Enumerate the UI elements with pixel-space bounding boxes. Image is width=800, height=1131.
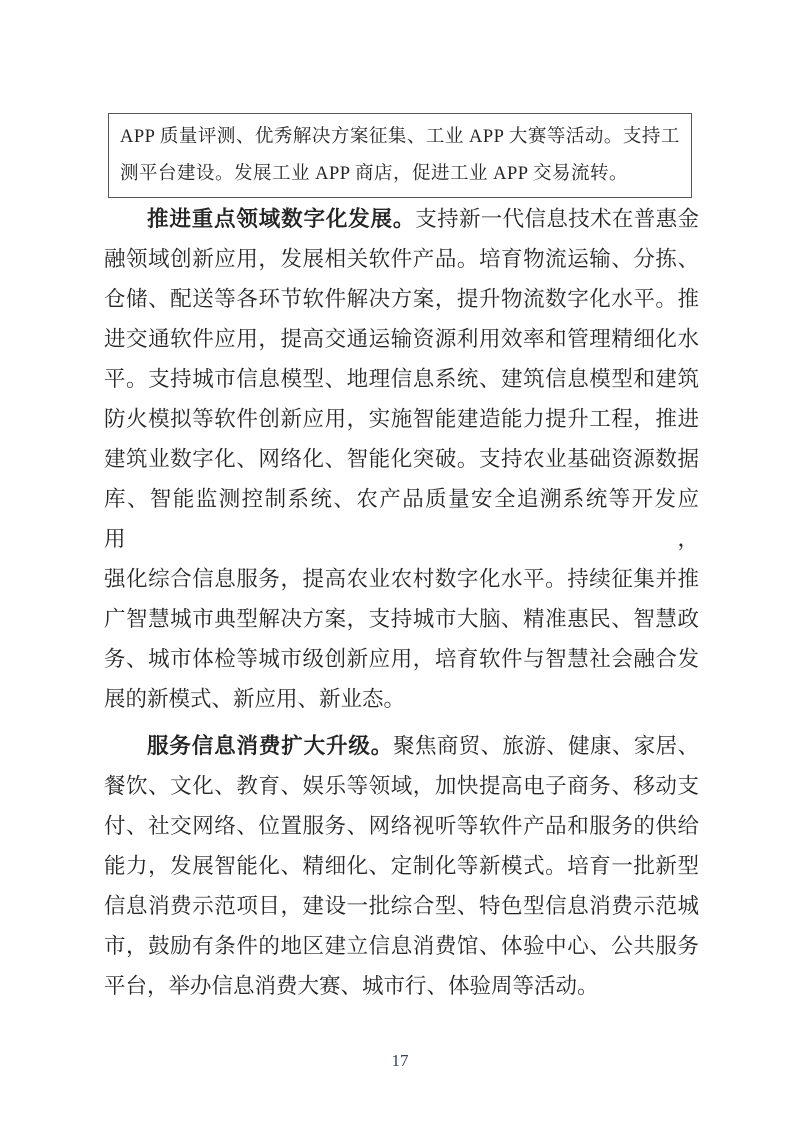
paragraph-line: 广智慧城市典型解决方案，支持城市大脑、精准惠民、智慧政: [104, 599, 699, 639]
paragraph-line: 仓储、配送等各环节软件解决方案，提升物流数字化水平。推: [104, 279, 699, 319]
paragraph-text: 聚焦商贸、旅游、健康、家居、: [393, 734, 699, 758]
paragraph-line: 进交通软件应用，提高交通运输资源利用效率和管理精细化水: [104, 319, 699, 359]
paragraph-lead-bold: 推进重点领域数字化发展。: [147, 207, 415, 231]
page-number: 17: [0, 1049, 800, 1073]
callout-line: 测平台建设。发展工业 APP 商店，促进工业 APP 交易流转。: [120, 156, 680, 193]
paragraph-line: 平。支持城市信息模型、地理信息系统、建筑信息模型和建筑: [104, 359, 699, 399]
paragraph-lead-bold: 服务信息消费扩大升级。: [147, 734, 393, 758]
paragraph-line: 能力，发展智能化、精细化、定制化等新模式。培育一批新型: [104, 846, 699, 886]
paragraph-first-line: 推进重点领域数字化发展。支持新一代信息技术在普惠金: [104, 199, 699, 239]
paragraph-last-line: 平台，举办信息消费大赛、城市行、体验周等活动。: [104, 966, 699, 1006]
callout-box: APP 质量评测、优秀解决方案征集、工业 APP 大赛等活动。支持工业 APP …: [108, 113, 692, 198]
paragraph-last-line: 展的新模式、新应用、新业态。: [104, 679, 699, 719]
document-page: APP 质量评测、优秀解决方案征集、工业 APP 大赛等活动。支持工业 APP …: [0, 0, 800, 1131]
callout-line: APP 质量评测、优秀解决方案征集、工业 APP 大赛等活动。支持工业 APP …: [120, 119, 680, 156]
paragraph-key-sector-digitalization: 推进重点领域数字化发展。支持新一代信息技术在普惠金 融领域创新应用，发展相关软件…: [104, 199, 699, 719]
paragraph-line: 强化综合信息服务，提高农业农村数字化水平。持续征集并推: [104, 559, 699, 599]
paragraph-line: 融领域创新应用，发展相关软件产品。培育物流运输、分拣、: [104, 239, 699, 279]
paragraph-line: 防火模拟等软件创新应用，实施智能建造能力提升工程，推进: [104, 399, 699, 439]
paragraph-line: 市，鼓励有条件的地区建立信息消费馆、体验中心、公共服务: [104, 926, 699, 966]
paragraph-line: 库、智能监测控制系统、农产品质量安全追溯系统等开发应用，: [104, 479, 699, 559]
paragraph-line: 务、城市体检等城市级创新应用，培育软件与智慧社会融合发: [104, 639, 699, 679]
paragraph-information-consumption: 服务信息消费扩大升级。聚焦商贸、旅游、健康、家居、 餐饮、文化、教育、娱乐等领域…: [104, 726, 699, 1006]
paragraph-first-line: 服务信息消费扩大升级。聚焦商贸、旅游、健康、家居、: [104, 726, 699, 766]
paragraph-line: 建筑业数字化、网络化、智能化突破。支持农业基础资源数据: [104, 439, 699, 479]
paragraph-text: 支持新一代信息技术在普惠金: [415, 207, 699, 231]
body-text: 推进重点领域数字化发展。支持新一代信息技术在普惠金 融领域创新应用，发展相关软件…: [104, 199, 699, 1006]
paragraph-line: 付、社交网络、位置服务、网络视听等软件产品和服务的供给: [104, 806, 699, 846]
paragraph-line: 信息消费示范项目，建设一批综合型、特色型信息消费示范城: [104, 886, 699, 926]
paragraph-line: 餐饮、文化、教育、娱乐等领域，加快提高电子商务、移动支: [104, 766, 699, 806]
